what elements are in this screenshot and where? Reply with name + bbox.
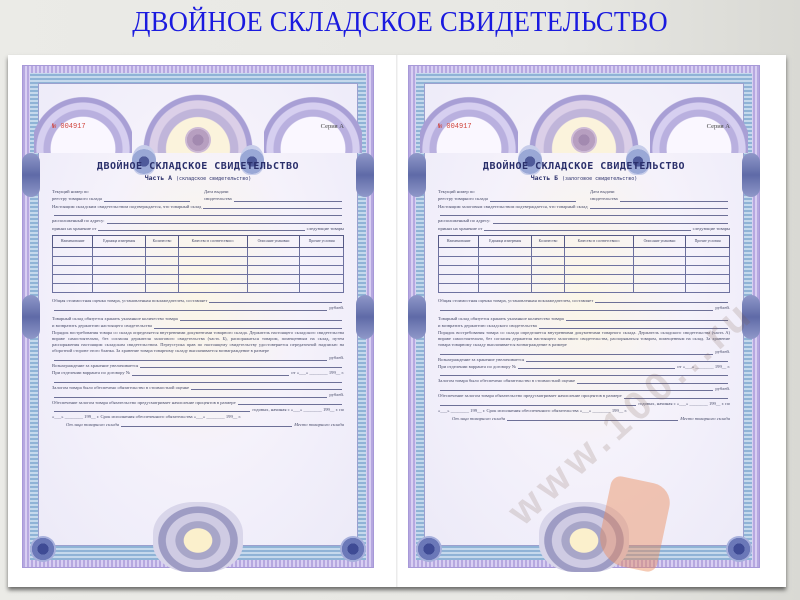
col-unit: Единица измерения [93, 236, 146, 248]
pledge-field-2[interactable] [54, 392, 327, 398]
col-other: Прочие условия [300, 236, 344, 248]
arch-right-ornament [650, 75, 748, 153]
table-cell[interactable] [53, 248, 93, 257]
table-cell[interactable] [53, 275, 93, 284]
col-packaging: Описание упаковки [633, 236, 685, 248]
table-row [53, 284, 344, 293]
depositor-field[interactable] [484, 225, 690, 231]
table-cell[interactable] [93, 257, 146, 266]
table-cell[interactable] [686, 266, 730, 275]
table-cell[interactable] [565, 284, 634, 293]
side-ornament-icon [408, 153, 426, 197]
accepted-from-label: принял на хранение от [438, 225, 482, 232]
return-text: и возвратить держателю настоящего свидет… [52, 322, 152, 329]
table-cell[interactable] [300, 284, 344, 293]
table-cell[interactable] [686, 284, 730, 293]
value-field[interactable] [209, 297, 342, 303]
warrant-field[interactable] [54, 377, 342, 383]
fee-increase-field[interactable] [140, 362, 342, 368]
table-cell[interactable] [633, 266, 685, 275]
col-name: Наименование [439, 236, 479, 248]
issue-date-field[interactable] [620, 196, 728, 202]
table-cell[interactable] [565, 275, 634, 284]
table-cell[interactable] [300, 266, 344, 275]
table-cell[interactable] [479, 248, 532, 257]
term-text: «___» ________ 199__ г. Срок исполнения … [52, 413, 241, 420]
table-cell[interactable] [247, 257, 299, 266]
table-cell[interactable] [479, 275, 532, 284]
table-cell[interactable] [146, 284, 179, 293]
arch-right-ornament [264, 75, 362, 153]
rosette-icon [726, 536, 752, 562]
table-cell[interactable] [300, 275, 344, 284]
col-quantity: Количество [532, 236, 565, 248]
value-field[interactable] [595, 297, 728, 303]
registry-label: Текущий номер по [52, 188, 192, 195]
obligation-text: Товарный склад обязуется хранить указанн… [438, 315, 564, 322]
rubles-label: рублей. [715, 385, 730, 392]
table-cell[interactable] [179, 257, 248, 266]
registry-number-field[interactable] [490, 196, 576, 202]
table-cell[interactable] [439, 248, 479, 257]
table-cell[interactable] [146, 257, 179, 266]
table-cell[interactable] [565, 266, 634, 275]
interest-field-2[interactable] [54, 406, 250, 412]
table-row [439, 257, 730, 266]
pledge-field[interactable] [191, 384, 342, 390]
signature-label: От лица товарного склада [66, 421, 119, 428]
col-quality: Качество в соответствии с [179, 236, 248, 248]
issue-date-label-2: свидетельства [204, 195, 232, 202]
confirm-text: Настоящим складским свидетельством подтв… [52, 203, 201, 210]
table-cell[interactable] [479, 284, 532, 293]
address-label: расположенный по адресу: [438, 217, 491, 224]
table-row [53, 275, 344, 284]
certificate-body: № 004917 Серия А ДВОЙНОЕ СКЛАДСКОЕ СВИДЕ… [52, 163, 344, 431]
serial-number: № 004917 [438, 123, 472, 131]
table-row [53, 266, 344, 275]
certificate-spread: № 004917 Серия А ДВОЙНОЕ СКЛАДСКОЕ СВИДЕ… [8, 55, 786, 587]
table-cell[interactable] [439, 275, 479, 284]
col-quality: Качество в соответствии с [565, 236, 634, 248]
value-field-2[interactable] [440, 305, 713, 311]
address-field[interactable] [107, 218, 342, 224]
goods-table-header: Наименование Единица измерения Количеств… [53, 236, 344, 248]
table-cell[interactable] [532, 266, 565, 275]
table-cell[interactable] [686, 257, 730, 266]
side-ornament-icon [22, 295, 40, 339]
table-cell[interactable] [93, 248, 146, 257]
fee-increase-label: Вознаграждение за хранение увеличивается [438, 356, 524, 363]
part-note: (складское свидетельство) [176, 176, 251, 182]
document-title: ДВОЙНОЕ СКЛАДСКОЕ СВИДЕТЕЛЬСТВО [438, 161, 730, 172]
warrant-label: При отделении варранта по договору № [52, 369, 130, 376]
part-note: (залоговое свидетельство) [562, 176, 637, 182]
table-cell[interactable] [479, 257, 532, 266]
part-label: Часть А [145, 174, 172, 182]
table-cell[interactable] [93, 284, 146, 293]
series-label: Серия А [321, 123, 344, 131]
address-label: расположенный по адресу: [52, 217, 105, 224]
part-label: Часть Б [531, 174, 558, 182]
document-title: ДВОЙНОЕ СКЛАДСКОЕ СВИДЕТЕЛЬСТВО [52, 161, 344, 172]
table-cell[interactable] [93, 275, 146, 284]
table-row [53, 248, 344, 257]
side-ornament-icon [408, 295, 426, 339]
table-cell[interactable] [247, 275, 299, 284]
issue-date-field[interactable] [234, 196, 342, 202]
value-field-2[interactable] [54, 305, 327, 311]
address-field[interactable] [493, 218, 728, 224]
document-part: Часть А (складское свидетельство) [52, 174, 344, 182]
side-ornament-icon [356, 295, 374, 339]
table-cell[interactable] [146, 275, 179, 284]
table-row [53, 257, 344, 266]
table-cell[interactable] [146, 266, 179, 275]
rubles-label: рублей. [329, 304, 344, 311]
document-part: Часть Б (залоговое свидетельство) [438, 174, 730, 182]
table-cell[interactable] [439, 284, 479, 293]
table-cell[interactable] [53, 266, 93, 275]
registry-number-field[interactable] [104, 196, 190, 202]
quantity-field[interactable] [180, 315, 342, 321]
warehouse-name-field-2[interactable] [440, 210, 728, 216]
serial-number: № 004917 [52, 123, 86, 131]
table-cell[interactable] [633, 284, 685, 293]
issue-date-label: Дата выдачи [204, 188, 344, 195]
interest-text: Обеспечение залогом товара обязательство… [52, 399, 236, 406]
col-other: Прочие условия [686, 236, 730, 248]
goods-table: Наименование Единица измерения Количеств… [438, 235, 730, 293]
rubles-label: рублей. [329, 354, 344, 361]
slide-title: ДВОЙНОЕ СКЛАДСКОЕ СВИДЕТЕЛЬСТВО [32, 6, 768, 39]
table-cell[interactable] [247, 248, 299, 257]
fee-field[interactable] [54, 355, 327, 361]
table-cell[interactable] [247, 266, 299, 275]
pledge-text: Залогом товара было обеспечено обязатель… [52, 384, 189, 391]
signature-label: От лица товарного склада [452, 415, 505, 422]
accepted-from-label: принял на хранение от [52, 225, 96, 232]
goods-table: Наименование Единица измерения Количеств… [52, 235, 344, 293]
value-text: Общая стоимостная оценка товара, установ… [52, 297, 207, 304]
table-cell[interactable] [247, 284, 299, 293]
table-cell[interactable] [565, 248, 634, 257]
table-cell[interactable] [532, 284, 565, 293]
page-fold [396, 55, 398, 587]
obligation-text: Товарный склад обязуется хранить указанн… [52, 315, 178, 322]
table-cell[interactable] [439, 266, 479, 275]
confirm-text: Настоящим залоговым свидетельством подтв… [438, 203, 588, 210]
goods-table-header: Наименование Единица измерения Количеств… [439, 236, 730, 248]
table-cell[interactable] [633, 248, 685, 257]
table-cell[interactable] [439, 257, 479, 266]
depositor-field[interactable] [98, 225, 304, 231]
col-packaging: Описание упаковки [247, 236, 299, 248]
registry-label: Текущий номер по [438, 188, 578, 195]
table-cell[interactable] [300, 248, 344, 257]
warrant-date: от «___» ________ 199__ г. [291, 369, 344, 376]
table-cell[interactable] [532, 257, 565, 266]
certificate-part-a: № 004917 Серия А ДВОЙНОЕ СКЛАДСКОЕ СВИДЕ… [22, 65, 374, 568]
rosette-icon [30, 536, 56, 562]
table-cell[interactable] [532, 275, 565, 284]
warrant-label: При отделении варранта по договору № [438, 363, 516, 370]
table-cell[interactable] [93, 266, 146, 275]
table-cell[interactable] [565, 257, 634, 266]
pledge-text: Залогом товара было обеспечено обязатель… [438, 377, 575, 384]
registry-label-2: реестру товарного склада [438, 195, 488, 202]
goods-label: следующие товары [307, 225, 344, 232]
interest-field[interactable] [238, 399, 342, 405]
stamp-label: Место товарного склада [294, 421, 344, 428]
side-ornament-icon [22, 153, 40, 197]
interest-text: Обеспечение залогом товара обязательство… [438, 392, 622, 399]
col-name: Наименование [53, 236, 93, 248]
table-cell[interactable] [146, 248, 179, 257]
col-unit: Единица измерения [479, 236, 532, 248]
stamp-label: Место товарного склада [680, 415, 730, 422]
table-cell[interactable] [53, 284, 93, 293]
contract-number-field[interactable] [132, 370, 289, 376]
table-cell[interactable] [532, 248, 565, 257]
registry-label-2: реестру товарного склада [52, 195, 102, 202]
table-row [439, 248, 730, 257]
table-cell[interactable] [686, 248, 730, 257]
table-row [439, 284, 730, 293]
table-cell[interactable] [633, 257, 685, 266]
warehouse-name-field[interactable] [203, 203, 342, 209]
table-cell[interactable] [300, 257, 344, 266]
table-cell[interactable] [53, 257, 93, 266]
table-row [439, 275, 730, 284]
return-field[interactable] [154, 323, 342, 329]
table-cell[interactable] [179, 284, 248, 293]
return-text: и возвратить держателю складского свидет… [438, 322, 537, 329]
series-label: Серия А [707, 123, 730, 131]
arch-left-ornament [420, 75, 518, 153]
seal-emblem-icon [153, 502, 243, 572]
annual-text: годовых, начиная с «___» ________ 199__ … [252, 406, 344, 413]
side-ornament-icon [356, 153, 374, 197]
table-cell[interactable] [479, 266, 532, 275]
table-cell[interactable] [179, 275, 248, 284]
rosette-icon [340, 536, 366, 562]
fee-increase-label: Вознаграждение за хранение увеличивается [52, 362, 138, 369]
goods-label: следующие товары [693, 225, 730, 232]
signature-field[interactable] [121, 421, 292, 427]
col-quantity: Количество [146, 236, 179, 248]
rubles-label: рублей. [329, 391, 344, 398]
rosette-icon [416, 536, 442, 562]
issue-date-label-2: свидетельства [590, 195, 618, 202]
warehouse-name-field-2[interactable] [54, 210, 342, 216]
value-text: Общая стоимостная оценка товара, установ… [438, 297, 593, 304]
warehouse-name-field[interactable] [590, 203, 728, 209]
arch-left-ornament [34, 75, 132, 153]
table-cell[interactable] [686, 275, 730, 284]
side-ornament-icon [742, 153, 760, 197]
table-row [439, 266, 730, 275]
table-cell[interactable] [179, 248, 248, 257]
procedure-paragraph: Порядок востребования товара со склада о… [52, 330, 344, 355]
table-cell[interactable] [179, 266, 248, 275]
issue-date-label: Дата выдачи [590, 188, 730, 195]
table-cell[interactable] [633, 275, 685, 284]
